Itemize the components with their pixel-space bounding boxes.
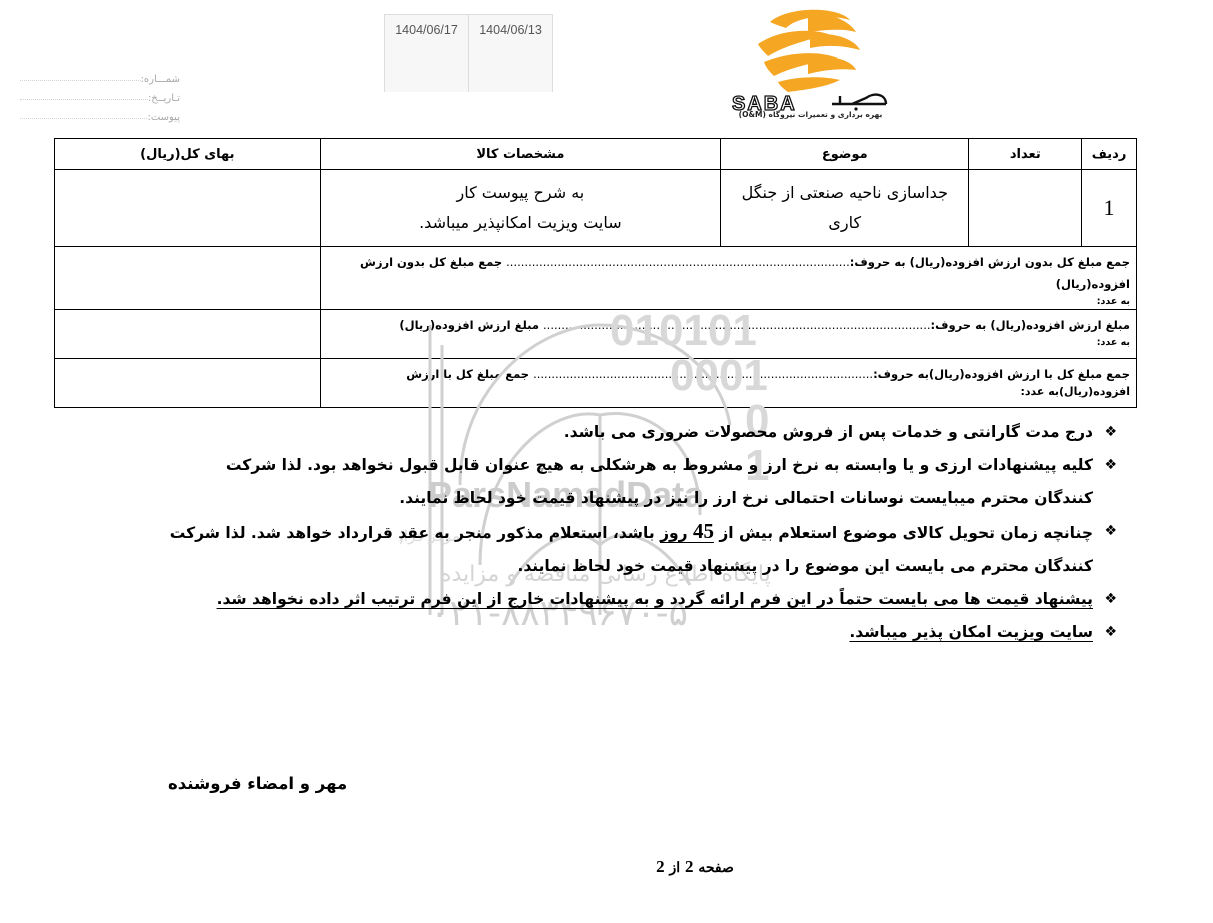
row-number: 1	[1082, 170, 1137, 247]
sum-row-without-vat: جمع مبلغ کل بدون ارزش افزوده(ریال) به حر…	[55, 247, 1137, 310]
row-specification: به شرح پیوست کار سایت ویزیت امکانپذیر می…	[320, 170, 721, 247]
note-form-requirement: ❖ پیشنهاد قیمت ها می بایست حتماً در این …	[167, 583, 1117, 616]
delivery-days: 45 روز	[660, 524, 714, 542]
header-row-number: ردیف	[1082, 139, 1137, 170]
sum-label-vat: مبلغ ارزش افزوده(ریال) به حروف:.........…	[320, 310, 1136, 359]
sum-label-with-vat: جمع مبلغ کل با ارزش افزوده(ریال)به حروف:…	[320, 359, 1136, 408]
note-site-visit: ❖ سایت ویزیت امکان پذیر میباشد.	[167, 616, 1117, 649]
row-total-price[interactable]	[55, 170, 321, 247]
meta-date: تـاریــخ:	[20, 85, 180, 104]
note-currency: ❖ کلیه پیشنهادات ارزی و یا وابسته به نرخ…	[167, 449, 1117, 515]
sum-value-vat[interactable]	[55, 310, 321, 359]
seller-signature-label: مهر و امضاء فروشنده	[168, 774, 347, 793]
logo-subtitle: بهره برداری و تعمیرات نیروگاه (O&M)	[728, 110, 893, 119]
bullet-icon: ❖	[1104, 515, 1117, 548]
sum-row-with-vat: جمع مبلغ کل با ارزش افزوده(ریال)به حروف:…	[55, 359, 1137, 408]
sum-row-vat: مبلغ ارزش افزوده(ریال) به حروف:.........…	[55, 310, 1137, 359]
sum-value-with-vat[interactable]	[55, 359, 321, 408]
bullet-icon: ❖	[1104, 583, 1117, 616]
date-2: 1404/06/13	[469, 14, 553, 92]
page-number: صفحه 2 از 2	[640, 857, 750, 877]
row-subject: جداسازی ناحیه صنعتی از جنگل کاری	[721, 170, 969, 247]
bullet-icon: ❖	[1104, 616, 1117, 649]
header-specification: مشخصات کالا	[320, 139, 721, 170]
header-quantity: تعداد	[969, 139, 1082, 170]
notes-list: ❖ درج مدت گارانتی و خدمات پس از فروش محص…	[167, 416, 1117, 649]
saba-logo: SABA	[728, 4, 893, 126]
note-warranty: ❖ درج مدت گارانتی و خدمات پس از فروش محص…	[167, 416, 1117, 449]
sum-label-without-vat: جمع مبلغ کل بدون ارزش افزوده(ریال) به حر…	[320, 247, 1136, 310]
row-quantity[interactable]	[969, 170, 1082, 247]
table-row: 1 جداسازی ناحیه صنعتی از جنگل کاری به شر…	[55, 170, 1137, 247]
saba-logo-icon: SABA	[728, 4, 893, 114]
note-delivery-time: ❖ چنانچه زمان تحویل کالای موضوع استعلام …	[167, 515, 1117, 583]
meta-attachment: پیوست:	[20, 104, 180, 123]
header-total-price: بهای کل(ریال)	[55, 139, 321, 170]
date-1: 1404/06/17	[385, 14, 469, 92]
sum-value-without-vat[interactable]	[55, 247, 321, 310]
spec-line-1: به شرح پیوست کار	[321, 178, 721, 208]
date-stamp: 1404/06/17 1404/06/13	[384, 14, 553, 92]
bullet-icon: ❖	[1104, 416, 1117, 449]
items-table: ردیف تعداد موضوع مشخصات کالا بهای کل(ریا…	[54, 138, 1137, 408]
letter-meta: شمـــاره: تـاریــخ: پیوست:	[20, 66, 180, 123]
header-subject: موضوع	[721, 139, 969, 170]
spec-line-2: سایت ویزیت امکانپذیر میباشد.	[321, 208, 721, 238]
meta-number: شمـــاره:	[20, 66, 180, 85]
table-header: ردیف تعداد موضوع مشخصات کالا بهای کل(ریا…	[55, 139, 1137, 170]
bullet-icon: ❖	[1104, 449, 1117, 482]
